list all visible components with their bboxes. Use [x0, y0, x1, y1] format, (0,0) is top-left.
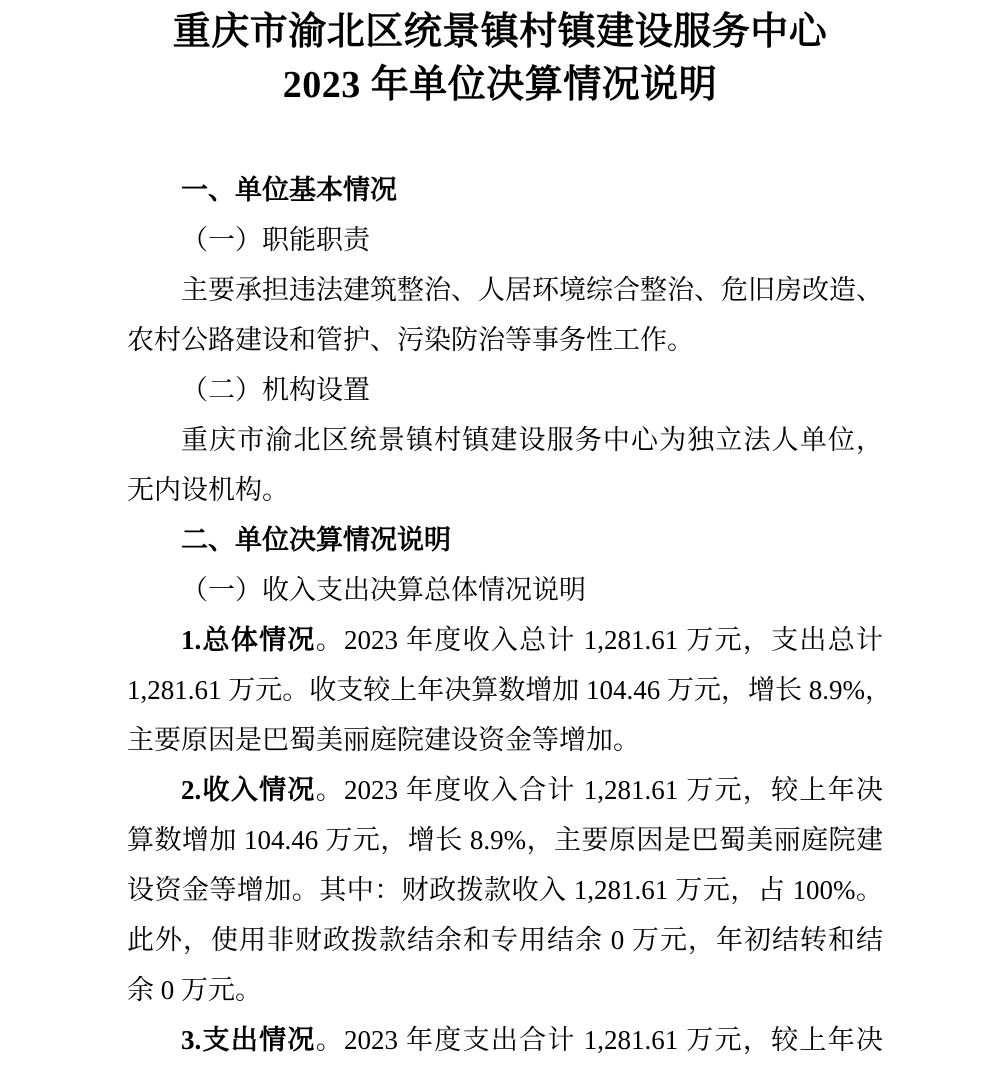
document-page: 重庆市渝北区统景镇村镇建设服务中心 2023 年单位决算情况说明 一、单位基本情…: [0, 0, 1000, 1070]
text-run: 主要原因是巴蜀美丽庭院建设资金等增加。: [127, 725, 640, 755]
text-run: 设资金等增加。其中：财政拨款收入 1,281.61 万元，占 100%。: [127, 875, 883, 905]
text-line: 农村公路建设和管护、污染防治等事务性工作。: [127, 315, 883, 365]
text-run: 一、单位基本情况: [181, 175, 397, 205]
text-run: 重庆市渝北区统景镇村镇建设服务中心为独立法人单位，: [181, 425, 883, 455]
text-run: 算数增加 104.46 万元，增长 8.9%，主要原因是巴蜀美丽庭院建: [127, 825, 883, 855]
text-line: 无内设机构。: [127, 465, 883, 515]
text-line: 主要原因是巴蜀美丽庭院建设资金等增加。: [127, 715, 883, 765]
text-run: 1,281.61 万元。收支较上年决算数增加 104.46 万元，增长 8.9%…: [127, 675, 892, 705]
text-run: 支出情况: [201, 1025, 315, 1055]
text-run: 主要承担违法建筑整治、人居环境综合整治、危旧房改造、: [181, 275, 883, 305]
text-run: 。2023 年度收入总计 1,281.61 万元，支出总计: [316, 625, 883, 655]
document-title-line1: 重庆市渝北区统景镇村镇建设服务中心: [0, 6, 1000, 59]
section-heading: 一、单位基本情况: [127, 165, 883, 215]
text-line: 1,281.61 万元。收支较上年决算数增加 104.46 万元，增长 8.9%…: [127, 665, 883, 715]
text-line: （一）收入支出决算总体情况说明: [127, 565, 883, 615]
text-line: （二）机构设置: [127, 365, 883, 415]
document-title: 重庆市渝北区统景镇村镇建设服务中心 2023 年单位决算情况说明: [0, 6, 1000, 112]
text-run: 余 0 万元。: [127, 975, 262, 1005]
text-line: 3.支出情况。2023 年度支出合计 1,281.61 万元，较上年决: [127, 1015, 883, 1065]
text-line: 重庆市渝北区统景镇村镇建设服务中心为独立法人单位，: [127, 415, 883, 465]
text-run: （二）机构设置: [181, 375, 370, 405]
text-run: 总体情况: [201, 625, 315, 655]
text-run: 。2023 年度支出合计 1,281.61 万元，较上年决: [316, 1025, 883, 1055]
section-heading: 二、单位决算情况说明: [127, 515, 883, 565]
text-line: 算数增加 104.46 万元，增长 8.9%，主要原因是巴蜀美丽庭院建: [127, 815, 883, 865]
document-title-line2: 2023 年单位决算情况说明: [0, 59, 1000, 112]
text-line: 2.收入情况。2023 年度收入合计 1,281.61 万元，较上年决: [127, 765, 883, 815]
text-run: 1.: [181, 625, 201, 655]
text-line: 主要承担违法建筑整治、人居环境综合整治、危旧房改造、: [127, 265, 883, 315]
text-run: 此外，使用非财政拨款结余和专用结余 0 万元，年初结转和结: [127, 925, 883, 955]
text-line: 1.总体情况。2023 年度收入总计 1,281.61 万元，支出总计: [127, 615, 883, 665]
text-run: （一）收入支出决算总体情况说明: [181, 575, 586, 605]
text-run: 3.: [181, 1025, 201, 1055]
text-run: 。2023 年度收入合计 1,281.61 万元，较上年决: [316, 775, 883, 805]
document-body: 一、单位基本情况（一）职能职责主要承担违法建筑整治、人居环境综合整治、危旧房改造…: [127, 165, 883, 1065]
text-line: （一）职能职责: [127, 215, 883, 265]
text-run: 无内设机构。: [127, 475, 289, 505]
text-line: 此外，使用非财政拨款结余和专用结余 0 万元，年初结转和结: [127, 915, 883, 965]
text-line: 设资金等增加。其中：财政拨款收入 1,281.61 万元，占 100%。: [127, 865, 883, 915]
text-run: 农村公路建设和管护、污染防治等事务性工作。: [127, 325, 694, 355]
text-run: 收入情况: [201, 775, 315, 805]
text-run: 2.: [181, 775, 201, 805]
text-run: 二、单位决算情况说明: [181, 525, 451, 555]
text-line: 余 0 万元。: [127, 965, 883, 1015]
text-run: （一）职能职责: [181, 225, 370, 255]
